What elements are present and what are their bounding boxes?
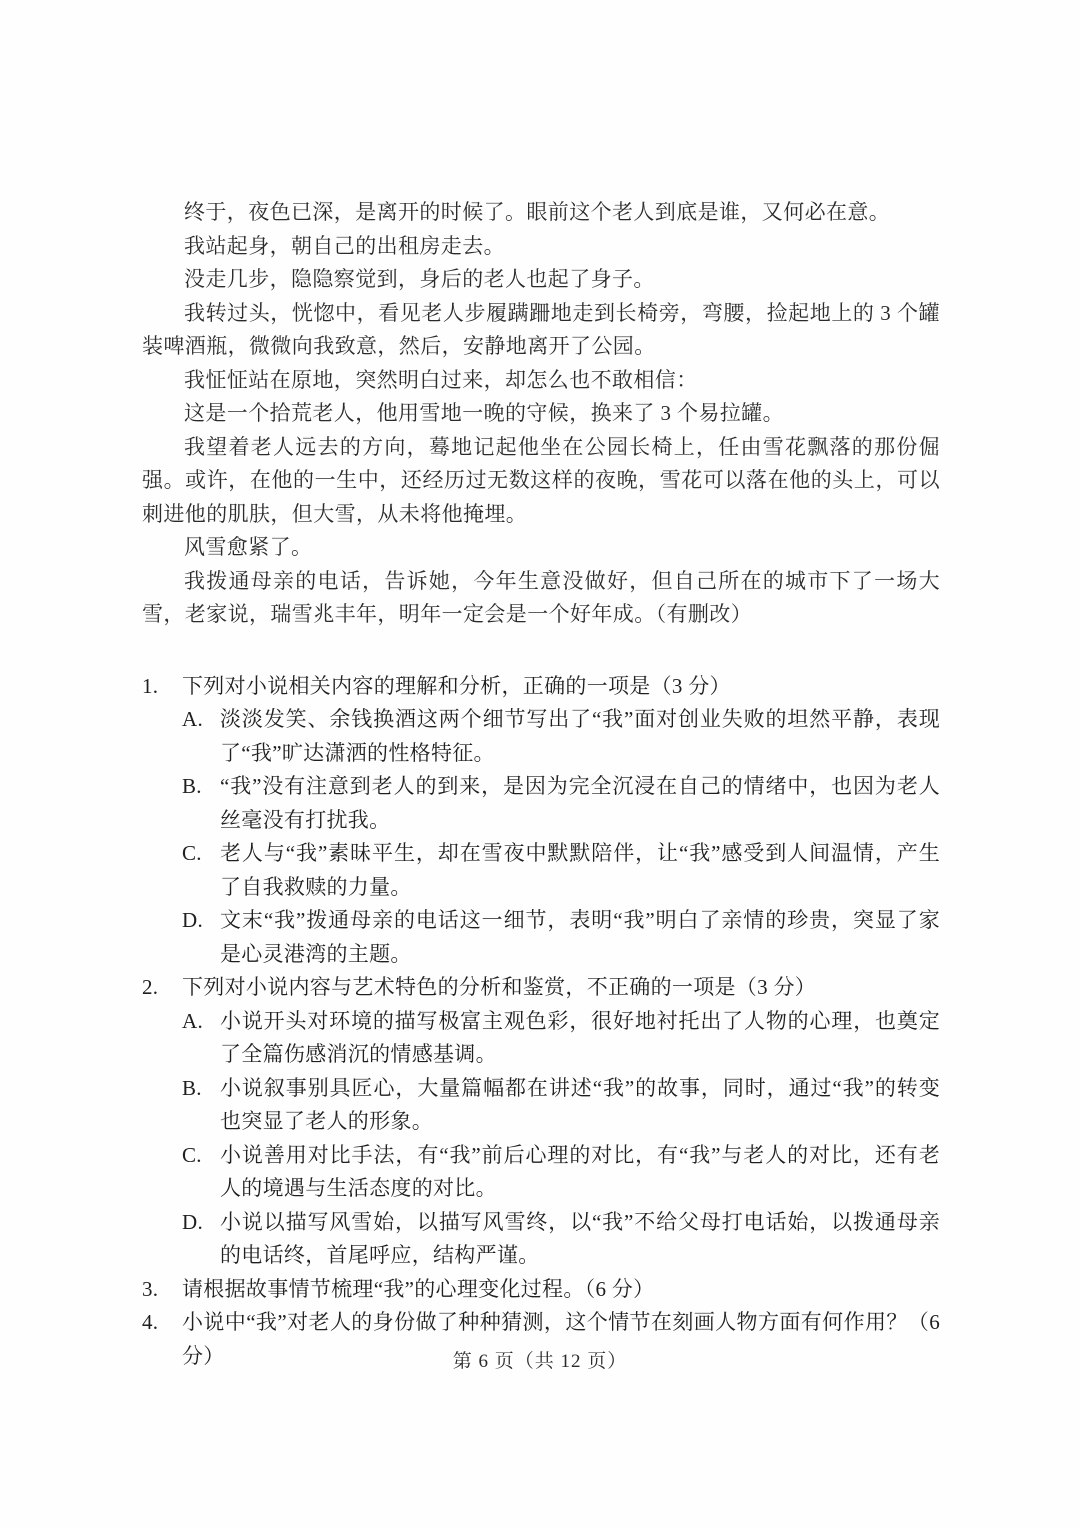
question-3: 3. 请根据故事情节梳理“我”的心理变化过程。（6 分） [142,1273,940,1307]
passage-paragraph: 终于，夜色已深，是离开的时候了。眼前这个老人到底是谁，又何必在意。 [142,196,940,230]
question-2-option-a: A. 小说开头对环境的描写极富主观色彩，很好地衬托出了人物的心理，也奠定了全篇伤… [182,1005,940,1072]
passage-paragraph: 我站起身，朝自己的出租房走去。 [142,230,940,264]
option-text: 老人与“我”素昧平生，却在雪夜中默默陪伴，让“我”感受到人间温情，产生了自我救赎… [220,837,940,904]
question-1-number: 1. [142,670,182,704]
option-label: D. [182,1206,220,1240]
option-label: C. [182,1139,220,1173]
option-text: 小说以描写风雪始，以描写风雪终，以“我”不给父母打电话始，以拨通母亲的电话终，首… [220,1206,940,1273]
question-1-body: 下列对小说相关内容的理解和分析，正确的一项是（3 分） A. 淡淡发笑、余钱换酒… [182,670,940,972]
question-list: 1. 下列对小说相关内容的理解和分析，正确的一项是（3 分） A. 淡淡发笑、余… [142,670,940,1374]
question-3-stem: 请根据故事情节梳理“我”的心理变化过程。（6 分） [182,1273,940,1307]
question-1-option-c: C. 老人与“我”素昧平生，却在雪夜中默默陪伴，让“我”感受到人间温情，产生了自… [182,837,940,904]
passage-paragraph: 我望着老人远去的方向，蓦地记起他坐在公园长椅上，任由雪花飘落的那份倔强。或许，在… [142,431,940,532]
passage-paragraph: 这是一个拾荒老人，他用雪地一晚的守候，换来了 3 个易拉罐。 [142,397,940,431]
question-3-body: 请根据故事情节梳理“我”的心理变化过程。（6 分） [182,1273,940,1307]
question-1-option-d: D. 文末“我”拨通母亲的电话这一细节，表明“我”明白了亲情的珍贵，突显了家是心… [182,904,940,971]
option-label: C. [182,837,220,871]
question-2-option-c: C. 小说善用对比手法，有“我”前后心理的对比，有“我”与老人的对比，还有老人的… [182,1139,940,1206]
question-1-option-a: A. 淡淡发笑、余钱换酒这两个细节写出了“我”面对创业失败的坦然平静，表现了“我… [182,703,940,770]
question-3-number: 3. [142,1273,182,1307]
question-2-option-b: B. 小说叙事别具匠心，大量篇幅都在讲述“我”的故事，同时，通过“我”的转变也突… [182,1072,940,1139]
question-2-number: 2. [142,971,182,1005]
question-4-number: 4. [142,1306,182,1340]
option-text: 小说开头对环境的描写极富主观色彩，很好地衬托出了人物的心理，也奠定了全篇伤感消沉… [220,1005,940,1072]
option-label: A. [182,1005,220,1039]
page-content: 终于，夜色已深，是离开的时候了。眼前这个老人到底是谁，又何必在意。 我站起身，朝… [142,196,940,1373]
option-label: B. [182,770,220,804]
question-1: 1. 下列对小说相关内容的理解和分析，正确的一项是（3 分） A. 淡淡发笑、余… [142,670,940,972]
question-2-stem: 下列对小说内容与艺术特色的分析和鉴赏，不正确的一项是（3 分） [182,971,940,1005]
option-text: 淡淡发笑、余钱换酒这两个细节写出了“我”面对创业失败的坦然平静，表现了“我”旷达… [220,703,940,770]
question-2: 2. 下列对小说内容与艺术特色的分析和鉴赏，不正确的一项是（3 分） A. 小说… [142,971,940,1273]
question-1-stem: 下列对小说相关内容的理解和分析，正确的一项是（3 分） [182,670,940,704]
option-text: 小说叙事别具匠心，大量篇幅都在讲述“我”的故事，同时，通过“我”的转变也突显了老… [220,1072,940,1139]
passage-paragraph: 我拨通母亲的电话，告诉她，今年生意没做好，但自己所在的城市下了一场大雪，老家说，… [142,565,940,632]
option-label: A. [182,703,220,737]
option-text: 小说善用对比手法，有“我”前后心理的对比，有“我”与老人的对比，还有老人的境遇与… [220,1139,940,1206]
question-2-body: 下列对小说内容与艺术特色的分析和鉴赏，不正确的一项是（3 分） A. 小说开头对… [182,971,940,1273]
option-text: 文末“我”拨通母亲的电话这一细节，表明“我”明白了亲情的珍贵，突显了家是心灵港湾… [220,904,940,971]
option-text: “我”没有注意到老人的到来，是因为完全沉浸在自己的情绪中，也因为老人丝毫没有打扰… [220,770,940,837]
page-footer: 第 6 页（共 12 页） [0,1346,1080,1373]
passage-paragraph: 没走几步，隐隐察觉到，身后的老人也起了身子。 [142,263,940,297]
reading-passage: 终于，夜色已深，是离开的时候了。眼前这个老人到底是谁，又何必在意。 我站起身，朝… [142,196,940,632]
exam-page: 终于，夜色已深，是离开的时候了。眼前这个老人到底是谁，又何必在意。 我站起身，朝… [0,0,1080,1527]
question-2-option-d: D. 小说以描写风雪始，以描写风雪终，以“我”不给父母打电话始，以拨通母亲的电话… [182,1206,940,1273]
passage-paragraph: 我怔怔站在原地，突然明白过来，却怎么也不敢相信： [142,364,940,398]
option-label: D. [182,904,220,938]
passage-paragraph: 风雪愈紧了。 [142,531,940,565]
passage-paragraph: 我转过头，恍惚中，看见老人步履蹒跚地走到长椅旁，弯腰，捡起地上的 3 个罐装啤酒… [142,297,940,364]
option-label: B. [182,1072,220,1106]
question-1-option-b: B. “我”没有注意到老人的到来，是因为完全沉浸在自己的情绪中，也因为老人丝毫没… [182,770,940,837]
